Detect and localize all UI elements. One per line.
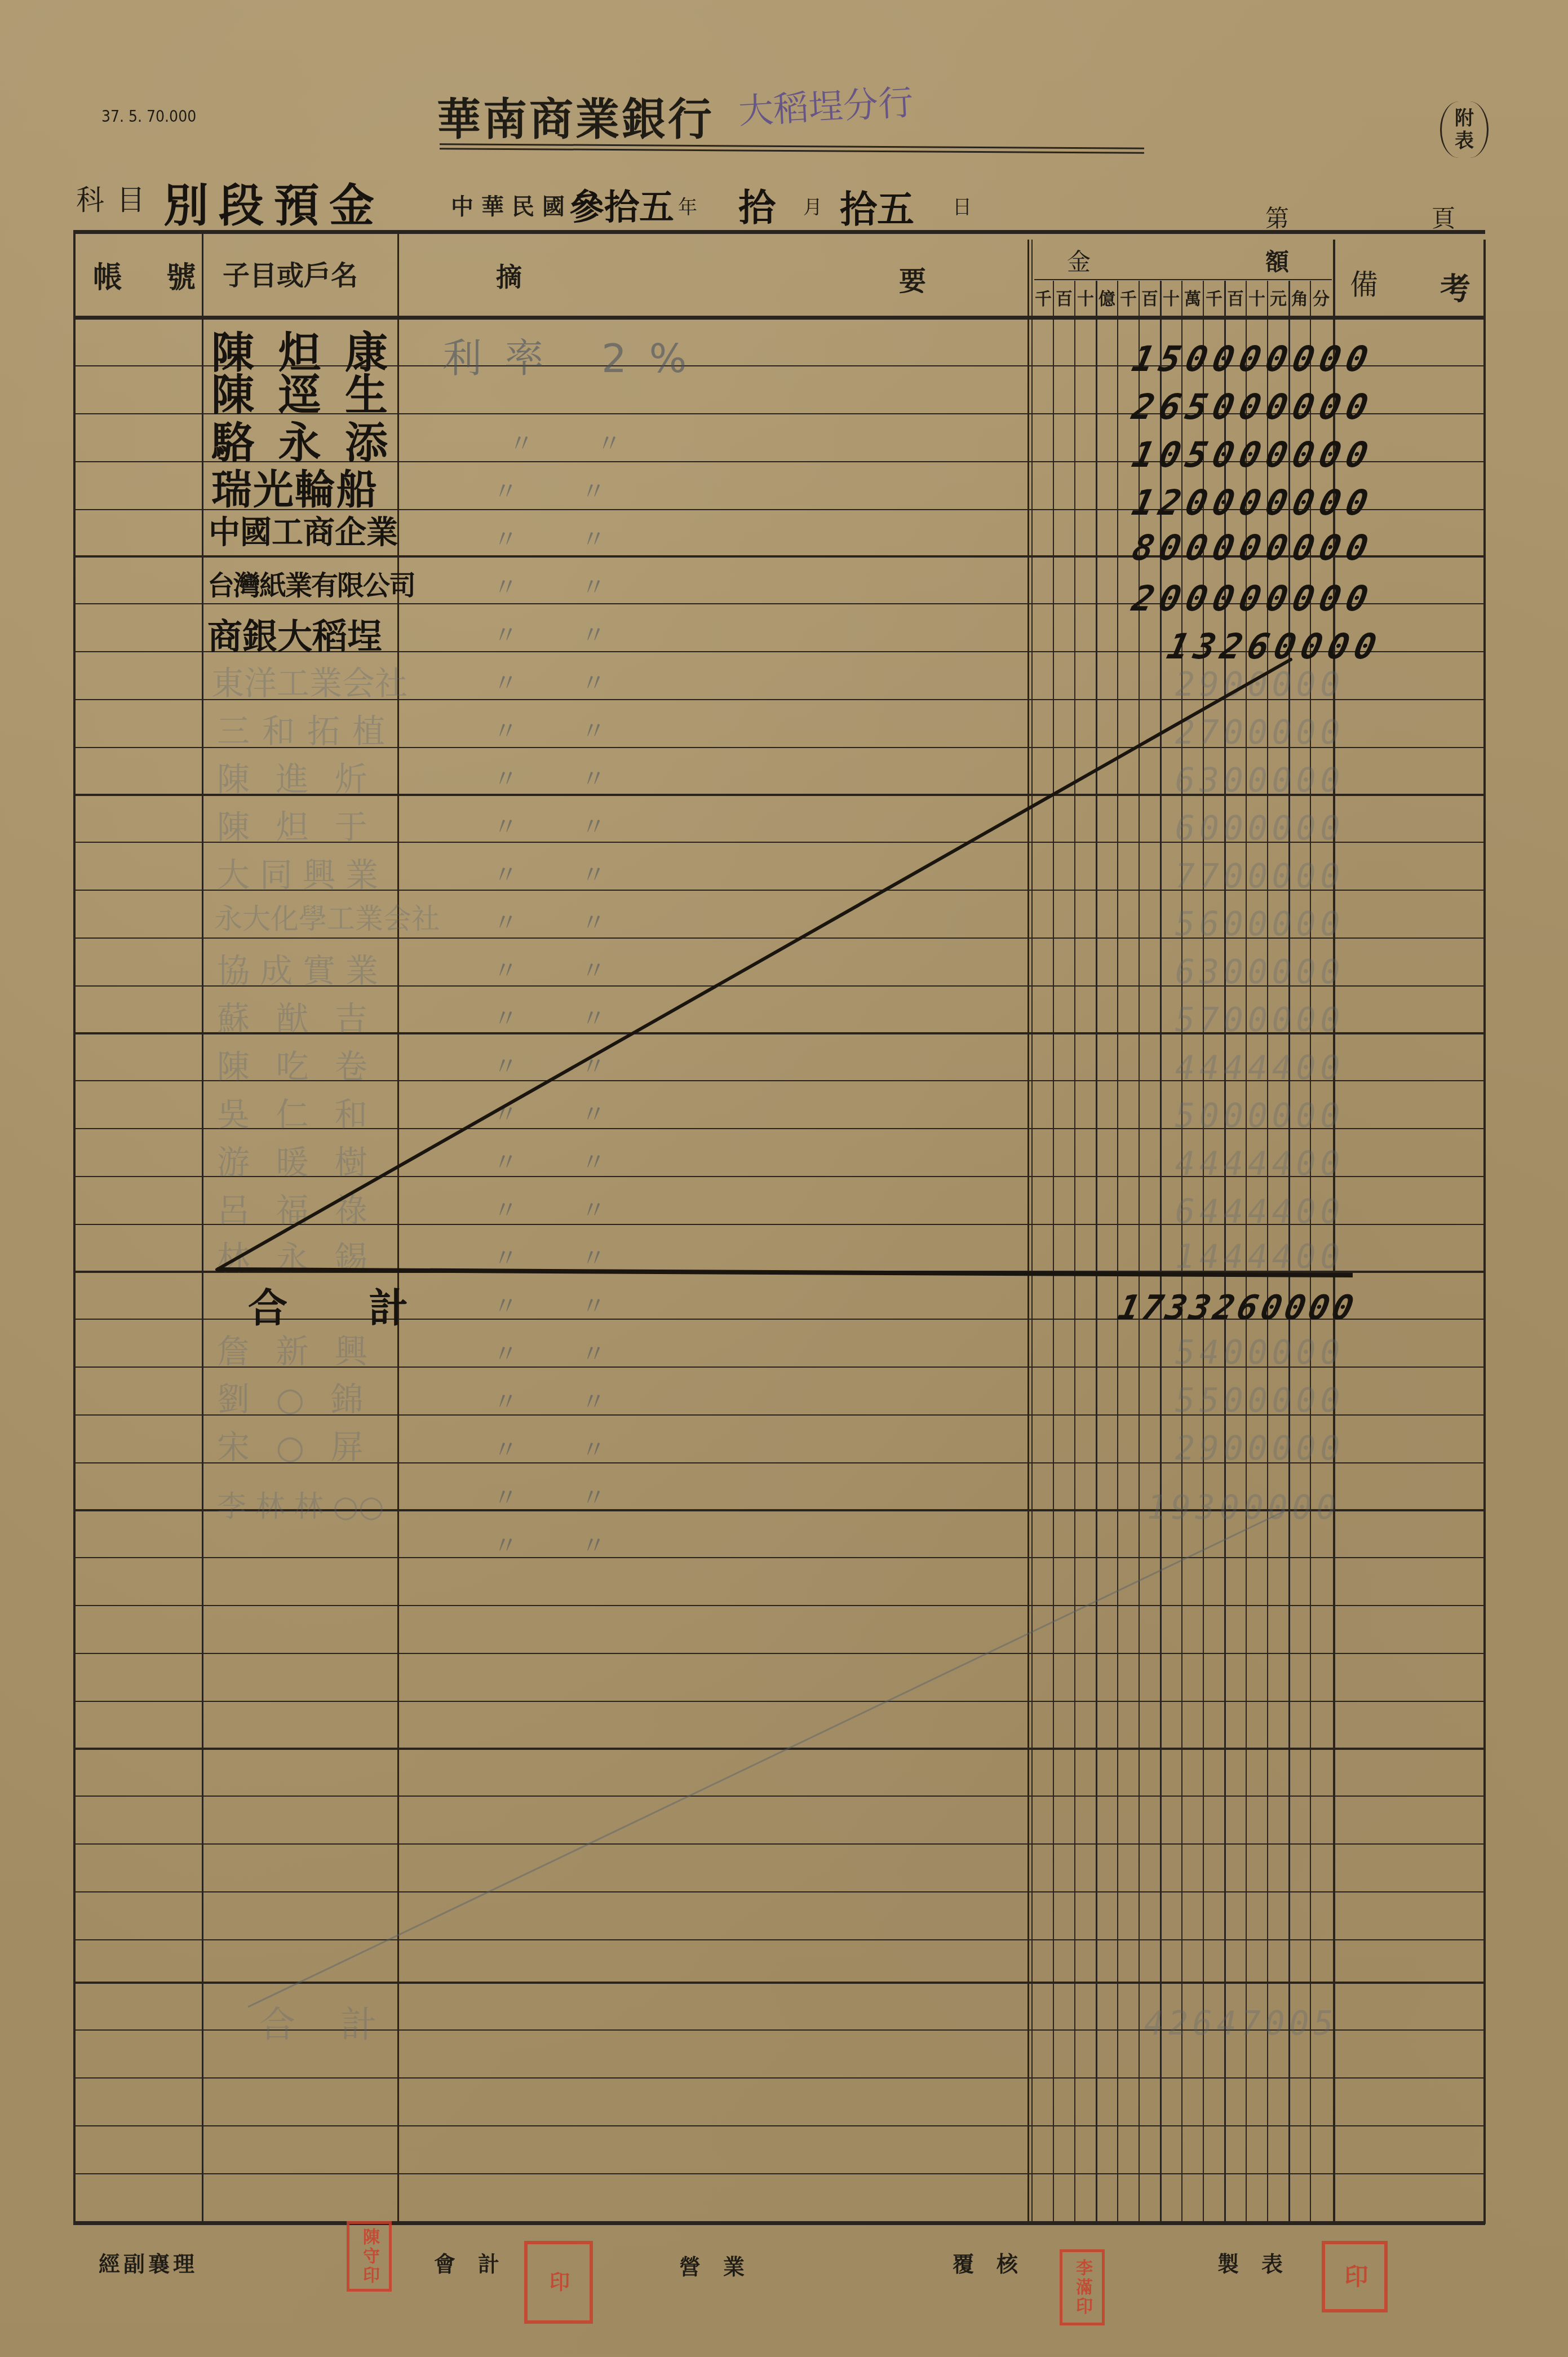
- seal-stamp-accounting-left: 陳守印: [347, 2221, 392, 2292]
- seal-stamp-review: 李滿印: [1060, 2249, 1105, 2325]
- cancel-diagonal-line: [0, 0, 1568, 2357]
- seal-stamp-prepared: 印: [1322, 2241, 1388, 2312]
- total-amount: 1733260000: [1115, 1288, 1361, 1328]
- total-label: 合 計: [248, 1277, 442, 1334]
- signature-label-manager: 經副襄理: [99, 2247, 198, 2278]
- signature-label-review: 覆核: [953, 2247, 1040, 2278]
- signature-label-accounting: 會計: [434, 2247, 522, 2278]
- signature-label-business: 營業: [679, 2249, 767, 2280]
- seal-stamp-accounting-right: 印: [524, 2241, 593, 2324]
- signature-label-prepared: 製表: [1217, 2247, 1305, 2278]
